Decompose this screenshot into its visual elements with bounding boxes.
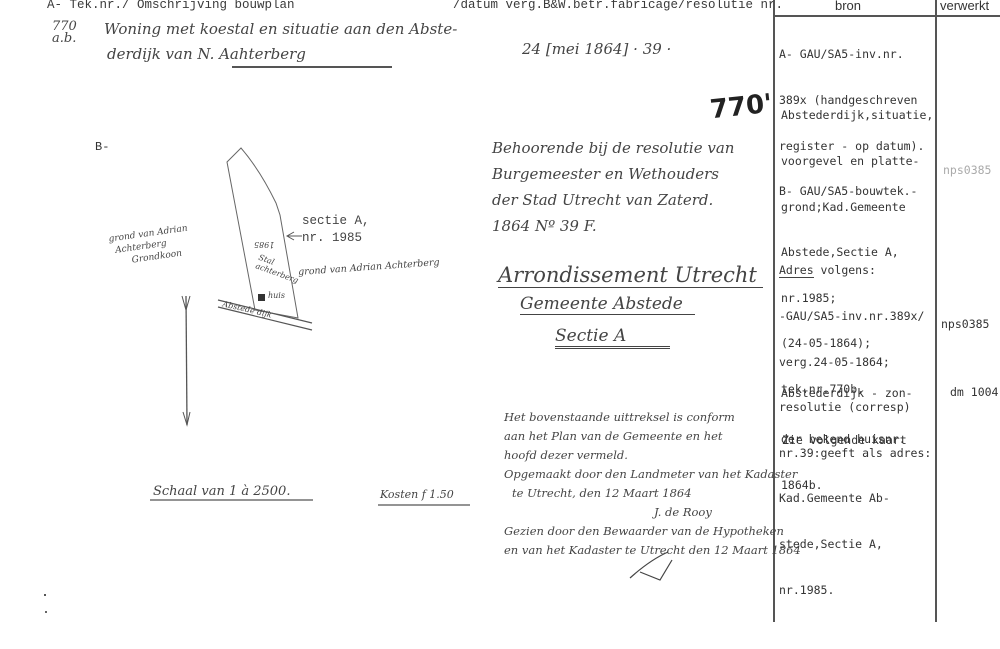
scale-text: Schaal van 1 à 2500. xyxy=(153,484,290,499)
section-label-line: nr. 1985 xyxy=(302,230,370,247)
section-label-line: sectie A, xyxy=(302,213,370,230)
speck xyxy=(44,594,46,596)
parcel-number: 1985 xyxy=(254,240,274,249)
parcel-outline xyxy=(227,148,298,318)
cost-text: Kosten f 1.50 xyxy=(380,488,454,501)
parcel-map xyxy=(0,0,1000,649)
house-label: huis xyxy=(268,291,285,300)
signature-flourish xyxy=(630,552,672,580)
north-arrow-shaft xyxy=(186,296,187,425)
section-label: sectie A, nr. 1985 xyxy=(302,213,370,247)
speck xyxy=(45,611,47,613)
house-square xyxy=(258,294,265,301)
